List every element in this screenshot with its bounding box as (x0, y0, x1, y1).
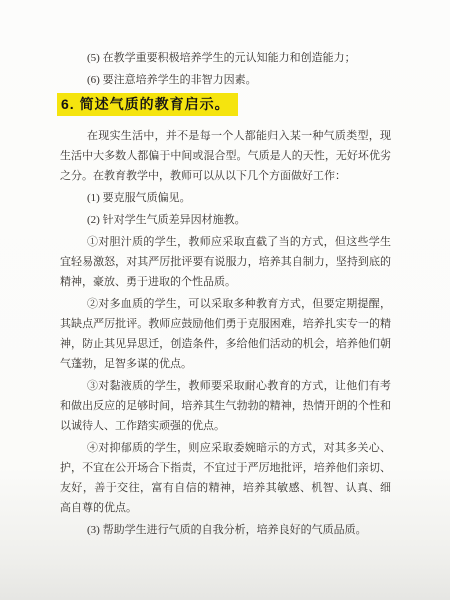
heading-row: 6. 简述气质的教育启示。 (60, 90, 391, 124)
text-line: 之分。在教育教学中，教师可以从以下几个方面做好工作： (60, 166, 391, 186)
text-line: 生活中大多数人都偏于中间或混合型。气质是人的天性，无好坏优劣 (60, 146, 391, 166)
text-line: 高自尊的优点。 (60, 498, 391, 518)
intro-list: (5) 在教学重要积极培养学生的元认知能力和创造能力；(6) 要注意培养学生的非… (60, 48, 391, 90)
text-line: (6) 要注意培养学生的非智力因素。 (60, 70, 391, 90)
text-line: 和做出反应的足够时间，培养其生气勃勃的精神，热情开朗的个性和 (60, 396, 391, 416)
paragraph: ④对抑郁质的学生，则应采取委婉暗示的方式，对其多关心、爱护，不宜在公开场合下指责… (60, 438, 391, 518)
text-line: 护，不宜在公开场合下指责，不宜过于严厉地批评，培养他们亲切、 (60, 458, 391, 478)
text-line: 友好，善于交往，富有自信的精神，培养其敏感、机智、认真、细致、 (60, 478, 391, 498)
paragraph: ①对胆汁质的学生，教师应采取直截了当的方式，但这些学生不宜轻易激怒，对其严厉批评… (60, 232, 391, 292)
text-line: ①对胆汁质的学生，教师应采取直截了当的方式，但这些学生不 (60, 232, 391, 252)
text-line: (1) 要克服气质偏见。 (60, 188, 391, 208)
text-line: 精神，豪放、勇于进取的个性品质。 (60, 272, 391, 292)
text-line: ④对抑郁质的学生，则应采取委婉暗示的方式，对其多关心、爱 (60, 438, 391, 458)
text-line: (5) 在教学重要积极培养学生的元认知能力和创造能力； (60, 48, 391, 68)
text-line: (2) 针对学生气质差异因材施教。 (60, 210, 391, 230)
text-line: (3) 帮助学生进行气质的自我分析，培养良好的气质品质。 (60, 520, 391, 540)
list-item: (5) 在教学重要积极培养学生的元认知能力和创造能力； (60, 48, 391, 68)
text-line: 在现实生活中，并不是每一个人都能归入某一种气质类型，现实 (60, 126, 391, 146)
text-line: 其缺点严厉批评。教师应鼓励他们勇于克服困难，培养扎实专一的精 (60, 314, 391, 334)
text-line: ③对黏液质的学生，教师要采取耐心教育的方式，让他们有考虑 (60, 376, 391, 396)
text-line: 宜轻易激怒，对其严厉批评要有说服力，培养其自制力，坚持到底的 (60, 252, 391, 272)
text-line: 以诚待人、工作踏实顽强的优点。 (60, 416, 391, 436)
page-content: (5) 在教学重要积极培养学生的元认知能力和创造能力；(6) 要注意培养学生的非… (60, 48, 391, 540)
list-item: (2) 针对学生气质差异因材施教。 (60, 210, 391, 230)
paragraph: ③对黏液质的学生，教师要采取耐心教育的方式，让他们有考虑和做出反应的足够时间，培… (60, 376, 391, 436)
section-heading-highlight: 6. 简述气质的教育启示。 (57, 93, 238, 116)
list-item: (3) 帮助学生进行气质的自我分析，培养良好的气质品质。 (60, 520, 391, 540)
text-line: 神，防止其见异思迁，创造条件，多给他们活动的机会，培养他们朝 (60, 334, 391, 354)
body-blocks: 在现实生活中，并不是每一个人都能归入某一种气质类型，现实生活中大多数人都偏于中间… (60, 126, 391, 540)
list-item: (6) 要注意培养学生的非智力因素。 (60, 70, 391, 90)
text-line: 气蓬勃，足智多谋的优点。 (60, 354, 391, 374)
list-item: (1) 要克服气质偏见。 (60, 188, 391, 208)
paragraph: 在现实生活中，并不是每一个人都能归入某一种气质类型，现实生活中大多数人都偏于中间… (60, 126, 391, 186)
document-page: (5) 在教学重要积极培养学生的元认知能力和创造能力；(6) 要注意培养学生的非… (0, 0, 450, 600)
text-line: ②对多血质的学生，可以采取多种教育方式，但要定期提醒，对 (60, 294, 391, 314)
paragraph: ②对多血质的学生，可以采取多种教育方式，但要定期提醒，对其缺点严厉批评。教师应鼓… (60, 294, 391, 374)
